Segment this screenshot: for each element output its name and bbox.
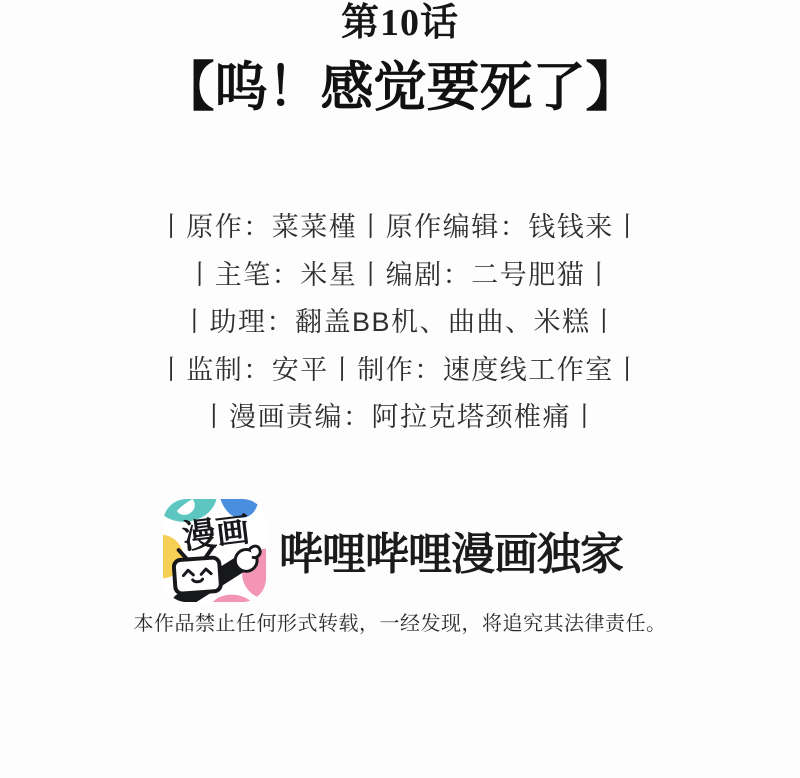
credits-line-original-author: 丨原作：菜菜槿丨原作编辑：钱钱来丨 xyxy=(0,204,800,252)
credits-line-editor: 丨漫画责编：阿拉克塔颈椎痛丨 xyxy=(0,394,800,442)
credits-line-production: 丨监制：安平丨制作：速度线工作室丨 xyxy=(0,347,800,395)
credits-line-assistants: 丨助理：翻盖BB机、曲曲、米糕丨 xyxy=(0,299,800,347)
bilibili-comics-app-icon-svg: 漫画 xyxy=(163,499,266,602)
icon-manhua-lettering: 漫画 xyxy=(180,509,252,556)
credits-block: 丨原作：菜菜槿丨原作编辑：钱钱来丨 丨主笔：米星丨编剧：二号肥猫丨 丨助理：翻盖… xyxy=(0,204,800,442)
bilibili-comics-app-icon: 漫画 xyxy=(163,499,266,602)
chapter-title: 【呜！感觉要死了】 xyxy=(0,60,800,116)
publisher-row: 漫画 哔哩哔哩漫画独家 xyxy=(0,497,793,603)
credits-line-lead-artist: 丨主笔：米星丨编剧：二号肥猫丨 xyxy=(0,252,800,300)
chapter-number: 第10话 xyxy=(0,3,800,43)
copyright-disclaimer: 本作品禁止任何形式转载，一经发现，将追究其法律责任。 xyxy=(0,611,800,637)
publisher-exclusive-label: 哔哩哔哩漫画独家 xyxy=(279,518,623,582)
comic-chapter-title-page: 第10话 【呜！感觉要死了】 丨原作：菜菜槿丨原作编辑：钱钱来丨 丨主笔：米星丨… xyxy=(0,0,800,778)
